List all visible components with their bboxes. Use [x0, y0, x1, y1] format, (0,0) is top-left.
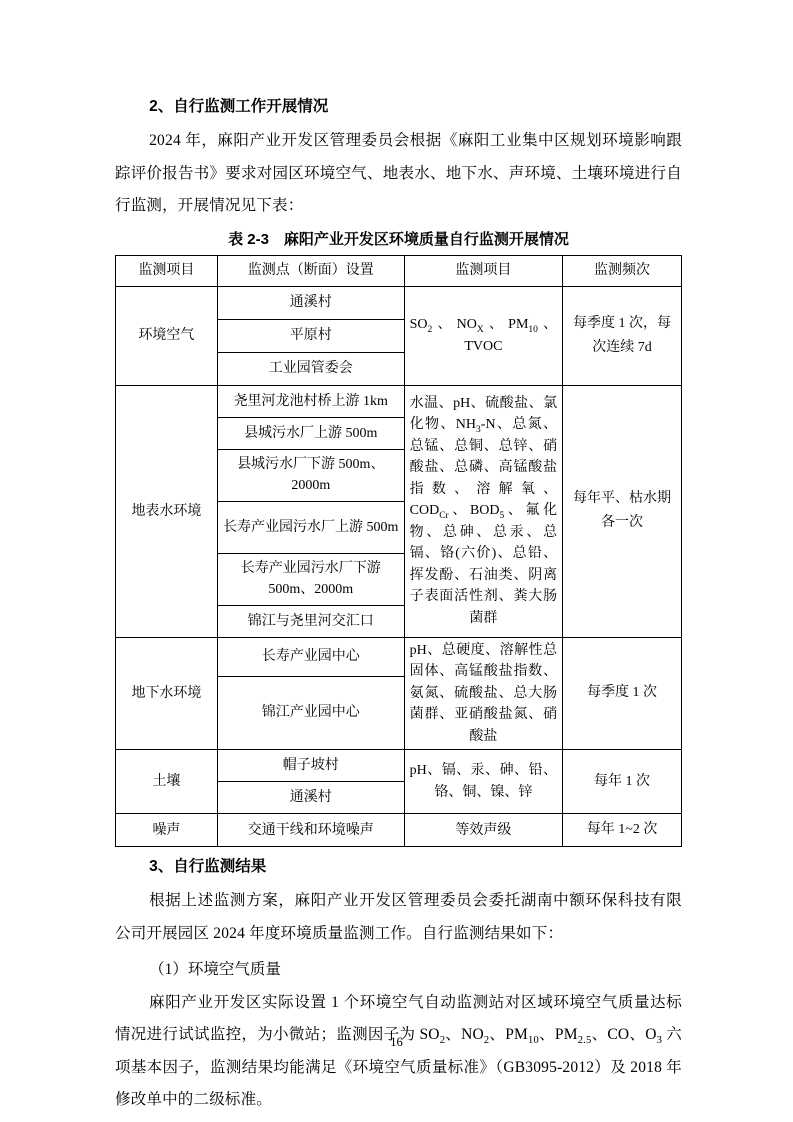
- section-2-heading: 2、自行监测工作开展情况: [115, 96, 682, 117]
- header-monitoring-category: 监测项目: [116, 255, 218, 286]
- table-title: 表 2-3 麻阳产业开发区环境质量自行监测开展情况: [115, 229, 682, 250]
- items-cell-soil: pH、镉、汞、砷、铅、铬、铜、镍、锌: [404, 750, 562, 814]
- table-row: 地表水环境 尧里河龙池村桥上游 1km 水温、pH、硫酸盐、氯化物、NH3-N、…: [116, 385, 682, 417]
- point-cell: 长寿产业园污水厂上游 500m: [217, 501, 404, 553]
- point-cell: 长寿产业园污水厂下游 500m、2000m: [217, 553, 404, 605]
- items-cell-groundwater: pH、总硬度、溶解性总固体、高锰酸盐指数、氨氮、硫酸盐、总大肠菌群、亚硝酸盐氮、…: [404, 637, 562, 750]
- category-cell-groundwater: 地下水环境: [116, 637, 218, 750]
- category-cell-surface-water: 地表水环境: [116, 385, 218, 637]
- header-monitoring-points: 监测点（断面）设置: [217, 255, 404, 286]
- frequency-cell-groundwater: 每季度 1 次: [563, 637, 682, 750]
- point-cell: 交通干线和环境噪声: [217, 814, 404, 847]
- monitoring-plan-table: 监测项目 监测点（断面）设置 监测项目 监测频次 环境空气 通溪村 SO2、NO…: [115, 255, 682, 848]
- point-cell: 平原村: [217, 319, 404, 352]
- section-2-paragraph: 2024 年，麻阳产业开发区管理委员会根据《麻阳工业集中区规划环境影响跟踪评价报…: [115, 125, 682, 223]
- table-row: 地下水环境 长寿产业园中心 pH、总硬度、溶解性总固体、高锰酸盐指数、氨氮、硫酸…: [116, 637, 682, 676]
- category-cell-air: 环境空气: [116, 286, 218, 385]
- point-cell: 县城污水厂上游 500m: [217, 417, 404, 449]
- document-page: 2、自行监测工作开展情况 2024 年，麻阳产业开发区管理委员会根据《麻阳工业集…: [0, 0, 793, 1122]
- point-cell: 通溪村: [217, 782, 404, 814]
- category-cell-noise: 噪声: [116, 814, 218, 847]
- section-3-paragraph-1: 根据上述监测方案，麻阳产业开发区管理委员会委托湖南中额环保科技有限公司开展园区 …: [115, 885, 682, 950]
- header-monitoring-items: 监测项目: [404, 255, 562, 286]
- section-3-paragraph-2: 麻阳产业开发区实际设置 1 个环境空气自动监测站对区域环境空气质量达标情况进行试…: [115, 987, 682, 1117]
- header-monitoring-frequency: 监测频次: [563, 255, 682, 286]
- items-cell-air: SO2、NOX、PM10、TVOC: [404, 286, 562, 385]
- items-cell-noise: 等效声级: [404, 814, 562, 847]
- section-3-subheading: （1）环境空气质量: [115, 954, 682, 987]
- table-row: 土壤 帽子坡村 pH、镉、汞、砷、铅、铬、铜、镍、锌 每年 1 次: [116, 750, 682, 782]
- point-cell: 长寿产业园中心: [217, 637, 404, 676]
- point-cell: 县城污水厂下游 500m、2000m: [217, 449, 404, 501]
- point-cell: 通溪村: [217, 286, 404, 319]
- items-cell-surface-water: 水温、pH、硫酸盐、氯化物、NH3-N、总氮、总锰、总铜、总锌、硝酸盐、总磷、高…: [404, 385, 562, 637]
- page-number: 16: [0, 1035, 793, 1050]
- section-3-heading: 3、自行监测结果: [115, 856, 682, 877]
- point-cell: 尧里河龙池村桥上游 1km: [217, 385, 404, 417]
- frequency-cell-noise: 每年 1~2 次: [563, 814, 682, 847]
- table-header-row: 监测项目 监测点（断面）设置 监测项目 监测频次: [116, 255, 682, 286]
- table-row: 环境空气 通溪村 SO2、NOX、PM10、TVOC 每季度 1 次，每次连续 …: [116, 286, 682, 319]
- table-row: 噪声 交通干线和环境噪声 等效声级 每年 1~2 次: [116, 814, 682, 847]
- frequency-cell-surface-water: 每年平、枯水期各一次: [563, 385, 682, 637]
- point-cell: 锦江产业园中心: [217, 676, 404, 749]
- point-cell: 工业园管委会: [217, 352, 404, 385]
- frequency-cell-air: 每季度 1 次，每次连续 7d: [563, 286, 682, 385]
- category-cell-soil: 土壤: [116, 750, 218, 814]
- point-cell: 帽子坡村: [217, 750, 404, 782]
- point-cell: 锦江与尧里河交汇口: [217, 605, 404, 637]
- frequency-cell-soil: 每年 1 次: [563, 750, 682, 814]
